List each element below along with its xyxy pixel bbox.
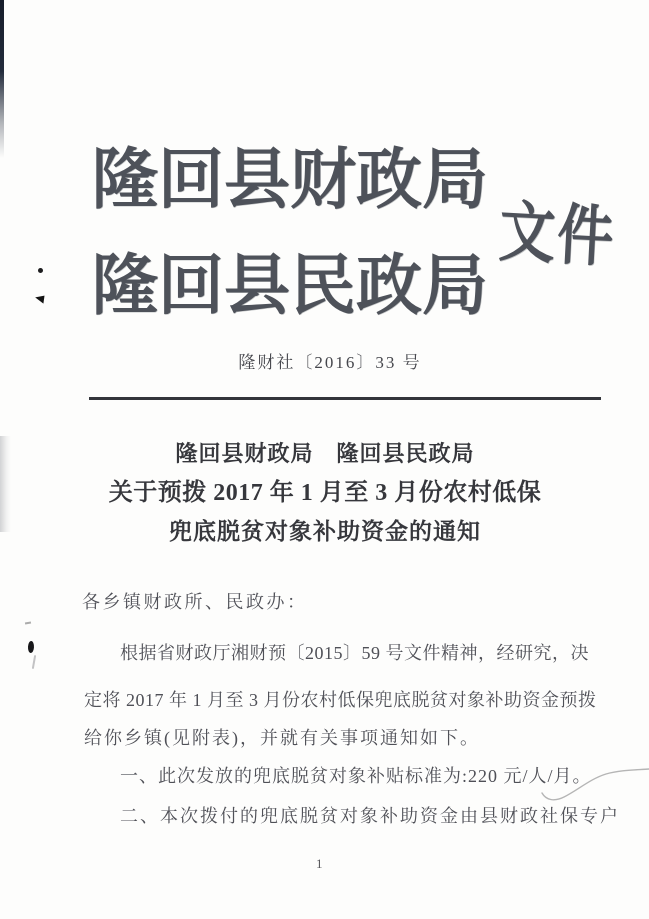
- ink-arrow-mark: [34, 294, 44, 303]
- salutation-line: 各乡镇财政所、民政办：: [82, 592, 308, 613]
- document-title-line2: 关于预拨 2017 年 1 月至 3 月份农村低保: [40, 480, 610, 508]
- ink-blot-mark: [28, 641, 35, 653]
- body-text-line: 定将 2017 年 1 月至 3 月份农村低保兜底脱贫对象补助资金预拨: [84, 690, 597, 711]
- body-text-line: 根据省财政厅湘财预〔2015〕59 号文件精神，经研究，决: [120, 643, 589, 664]
- ink-blot-tail: [32, 655, 36, 669]
- document-title-line3: 兜底脱贫对象补助资金的通知: [40, 519, 610, 545]
- scan-streak-artifact: [0, 436, 11, 532]
- pen-squiggle-mark: [540, 765, 649, 805]
- masthead-org-line1: 隆回县财政局: [92, 148, 488, 214]
- page-number: 1: [316, 856, 323, 872]
- document-number: 隆财社〔2016〕33 号: [40, 353, 620, 373]
- masthead-org-line2: 隆回县民政局: [92, 254, 488, 320]
- body-text-line: 二、本次拨付的兜底脱贫对象补助资金由县财政社保专户: [120, 806, 620, 827]
- body-text-line: 一、此次发放的兜底脱贫对象补贴标准为:220 元/人/月。: [120, 766, 592, 787]
- scan-edge-artifact: [0, 0, 4, 158]
- body-text-line: 给你乡镇(见附表)，并就有关事项通知如下。: [84, 728, 480, 749]
- document-title-orgs: 隆回县财政局 隆回县民政局: [40, 441, 610, 466]
- masthead-doc-word: 文件: [498, 200, 617, 272]
- scan-speck: [25, 621, 31, 624]
- scanned-document-page: 隆回县财政局 隆回县民政局 文件 隆财社〔2016〕33 号 隆回县财政局 隆回…: [0, 0, 649, 919]
- masthead-separator-rule: [89, 397, 601, 400]
- ink-dot-mark: [38, 268, 43, 273]
